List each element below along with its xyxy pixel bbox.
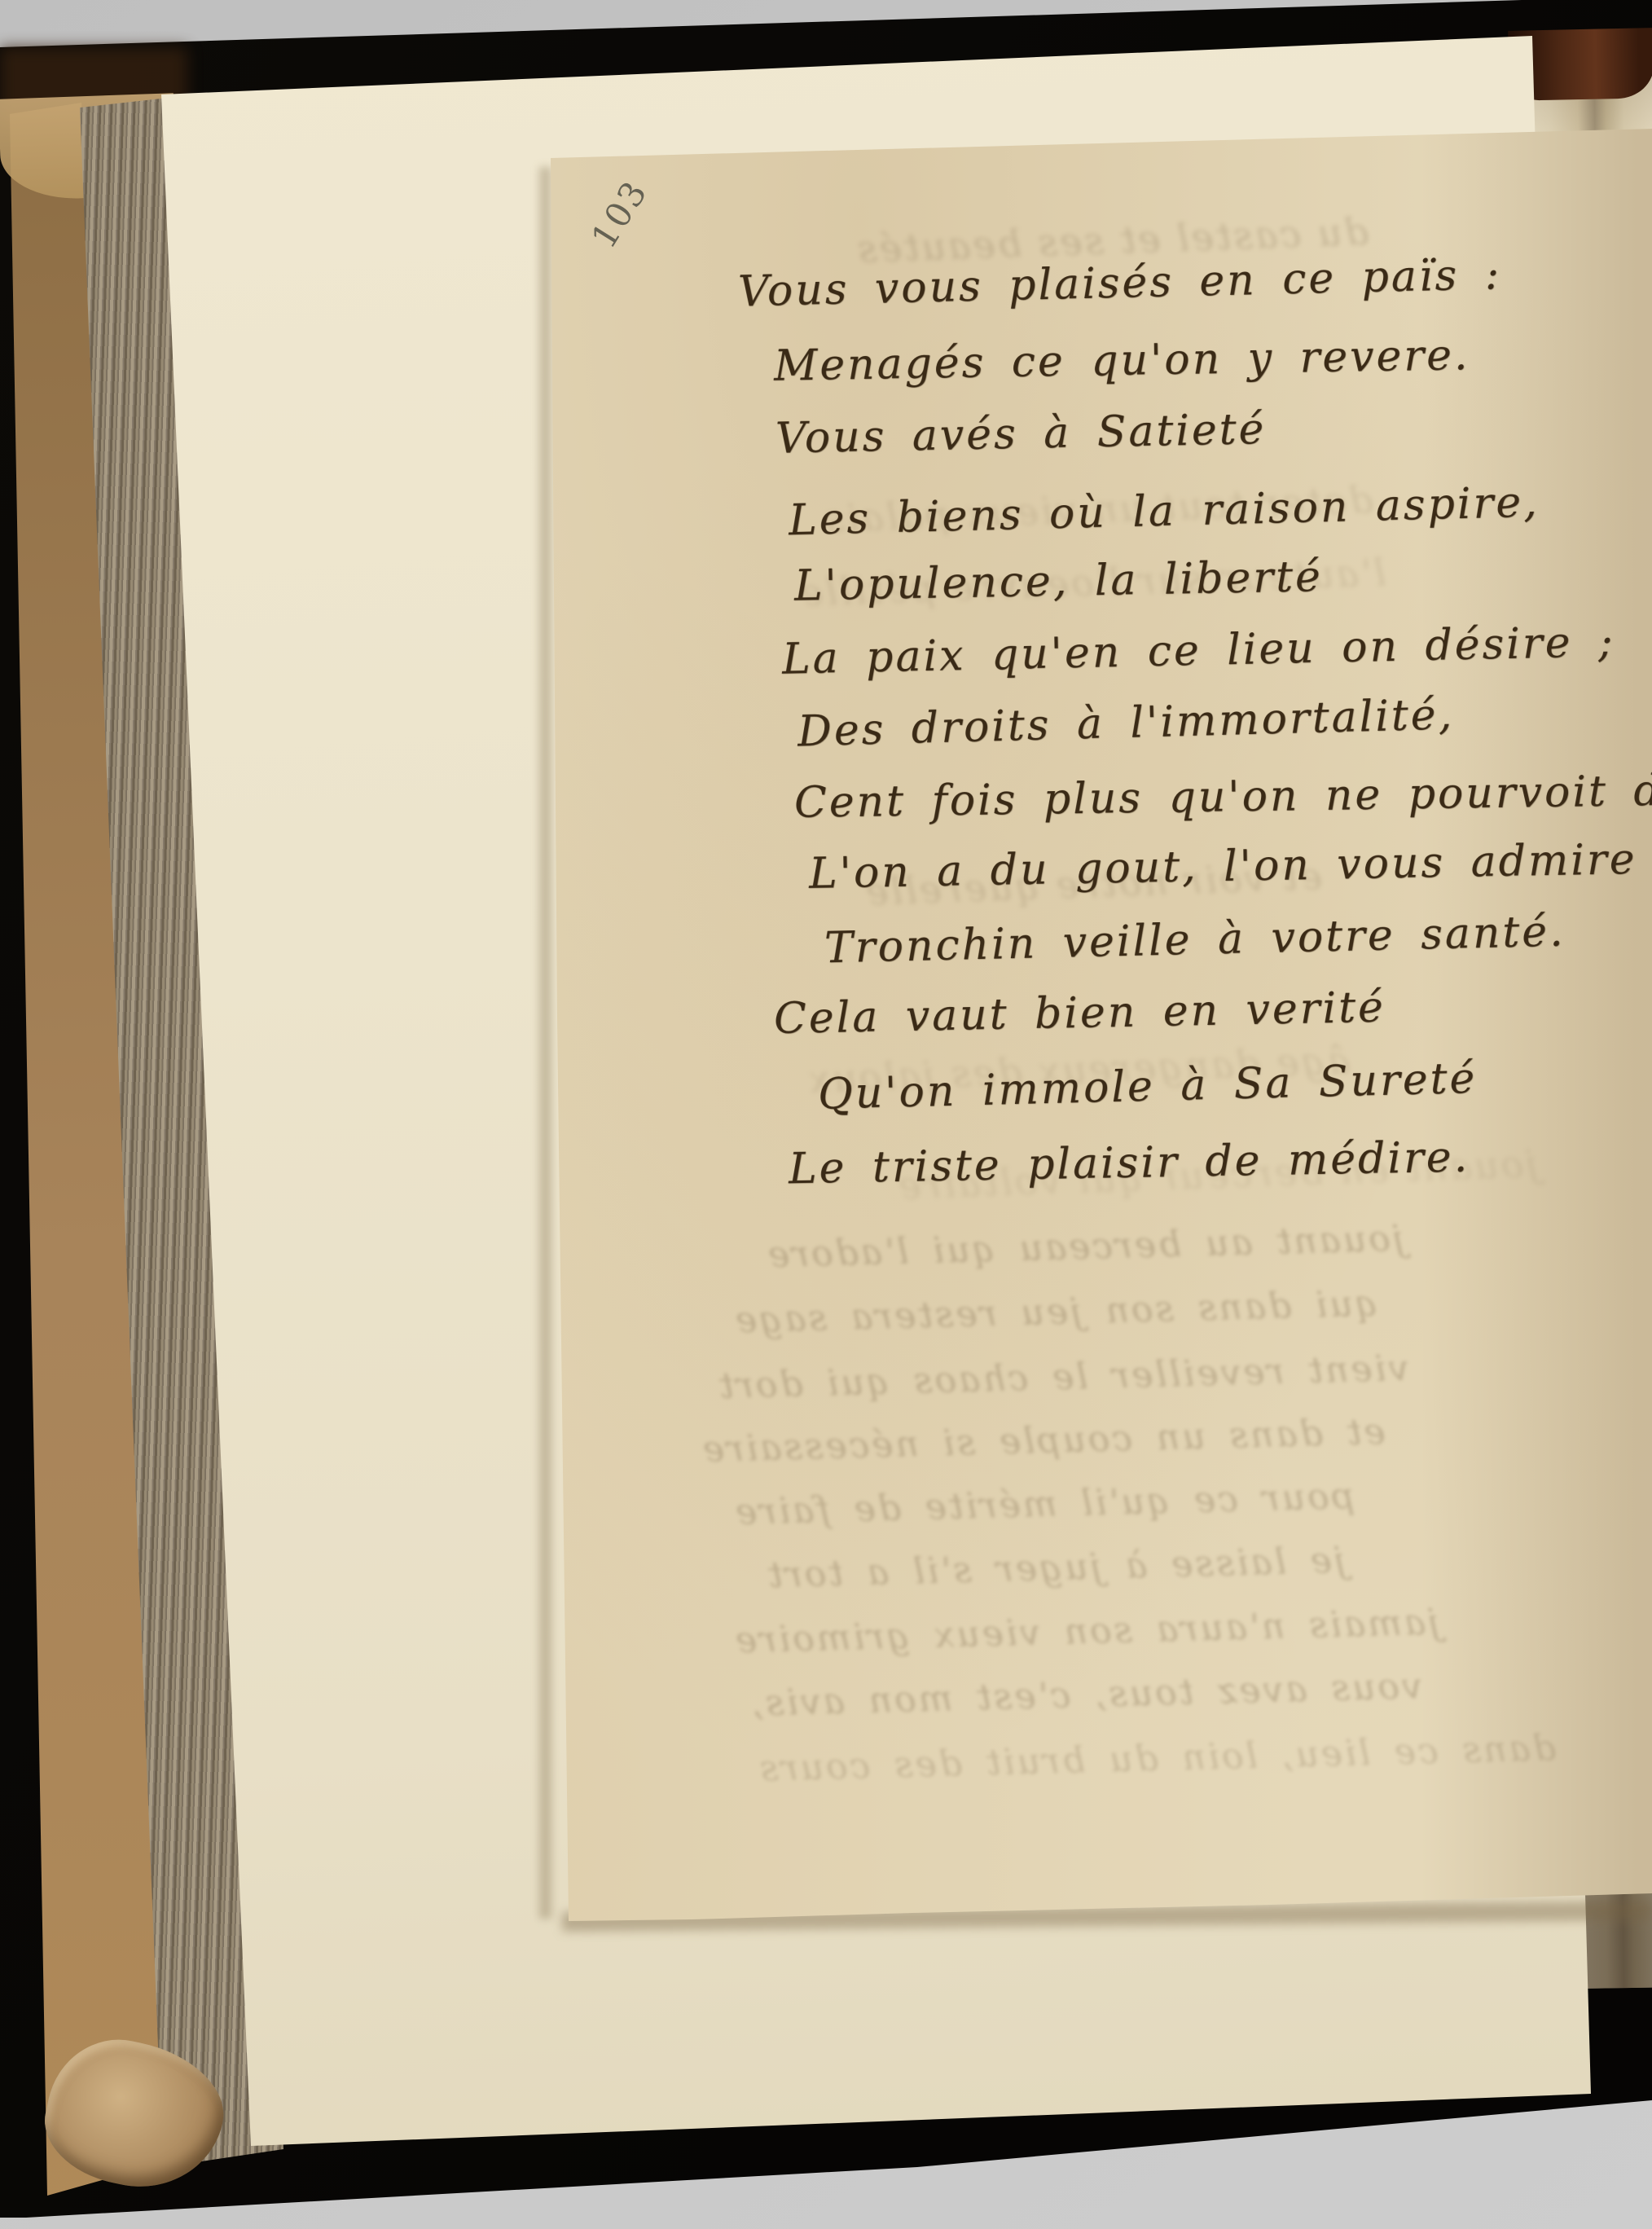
ghost-line: vient reveiller le chaos qui dort bbox=[716, 1348, 1409, 1407]
manuscript-line: Les biens où la raison aspire, bbox=[788, 478, 1540, 546]
manuscript-line: Vous avés à Satieté bbox=[775, 405, 1266, 464]
leaf-left-shadow bbox=[539, 167, 551, 1919]
manuscript-line: Menagés ce qu'on y revere. bbox=[774, 331, 1470, 390]
manuscript-line: Vous vous plaisés en ce païs : bbox=[737, 250, 1501, 316]
ghost-line: qui dans son jeu restera sage bbox=[732, 1283, 1378, 1342]
manuscript-line: L'on a du gout, l'on vous admire bbox=[809, 835, 1637, 899]
book-photograph-scene: 103 du castel et ses beautés doter tout … bbox=[0, 0, 1652, 2229]
ghost-line: jouant au berceau qui l'adore bbox=[765, 1218, 1404, 1276]
ghost-line: jamais n'aura son vieux grimoire bbox=[732, 1602, 1439, 1662]
ghost-line: pour ce qu'il mérite de faire bbox=[732, 1475, 1355, 1533]
manuscript-line: Des droits à l'immortalité, bbox=[797, 690, 1454, 756]
ghost-line: je laisse à juger s'il a tort bbox=[765, 1540, 1346, 1597]
manuscript-line: Tronchin veille à votre santé. bbox=[824, 908, 1566, 974]
manuscript-line: Cela vaut bien en verité bbox=[773, 983, 1386, 1044]
ghost-line: et dans un couple si nécessaire bbox=[700, 1411, 1386, 1471]
manuscript-line: L'opulence, la liberté bbox=[794, 552, 1324, 610]
manuscript-line: La paix qu'en ce lieu on désire ; bbox=[781, 618, 1615, 684]
pencil-page-number: 103 bbox=[583, 173, 656, 256]
manuscript-line: Cent fois plus qu'on ne pourvoit dire bbox=[794, 766, 1652, 828]
ghost-line: vous avez tous, c'est mon avis, bbox=[749, 1665, 1422, 1725]
ghost-line: dans ce lieu, loin du bruit des cours bbox=[758, 1727, 1557, 1790]
